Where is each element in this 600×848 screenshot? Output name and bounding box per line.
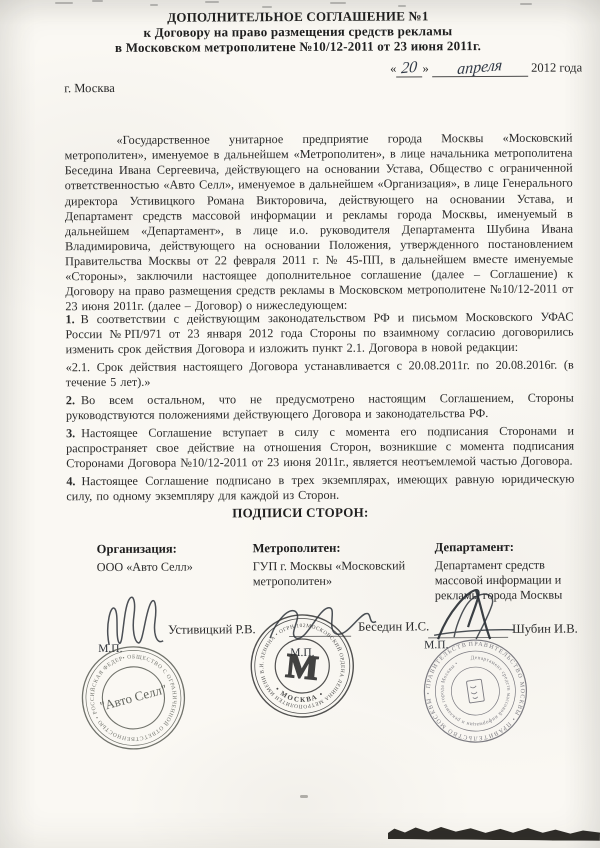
clause-4-number: 4. bbox=[66, 474, 81, 488]
clause-3-text: Настоящее Соглашение вступает в силу с м… bbox=[66, 424, 574, 471]
seal-ring-text-outer: ПРАВИТЕЛЬСТВО МОСКВЫ • ПРАВИТЕЛЬСТВО МОС… bbox=[413, 629, 531, 749]
clause-1-text: В соответствии с действующим законодател… bbox=[65, 310, 573, 357]
clause-1-number: 1. bbox=[65, 312, 80, 326]
document-content: ДОПОЛНИТЕЛЬНОЕ СОГЛАШЕНИЕ №1 к Договору … bbox=[0, 0, 600, 848]
party-role-label: Метрополитен: bbox=[253, 540, 431, 556]
preamble-paragraph: «Государственное унитарное предприятие г… bbox=[64, 131, 573, 315]
city-label: г. Москва bbox=[64, 81, 115, 96]
party-role-label: Организация: bbox=[97, 541, 247, 557]
scan-speck bbox=[300, 795, 308, 798]
clause-2-1: «2.1. Срок действия настоящего Договора … bbox=[66, 358, 574, 391]
clause-3: 3.Настоящее Соглашение вступает в силу с… bbox=[66, 424, 574, 472]
clause-2-text: Во всем остальном, что не предусмотрено … bbox=[66, 391, 574, 423]
document-title: ДОПОЛНИТЕЛЬНОЕ СОГЛАШЕНИЕ №1 к Договору … bbox=[0, 8, 598, 56]
party-role-label: Департамент: bbox=[435, 539, 591, 555]
clause-2: 2.Во всем остальном, что не предусмотрен… bbox=[66, 391, 574, 424]
clause-4: 4.Настоящее Соглашение подписано в трех … bbox=[66, 472, 574, 505]
avto-sell-seal-stamp: • ОБЩЕСТВО С ОГРАНИЧЕННОЙ ОТВЕТСТВЕННОСТ… bbox=[66, 630, 201, 765]
date-year-label: 2012 года bbox=[531, 61, 582, 75]
clause-2-1-text: «2.1. Срок действия настоящего Договора … bbox=[66, 358, 574, 390]
svg-text:Департамент средств массовой и: Департамент средств массовой информации … bbox=[435, 650, 517, 732]
clause-1: 1.В соответствии с действующим законодат… bbox=[65, 310, 573, 358]
clause-3-number: 3. bbox=[66, 426, 81, 440]
coat-of-arms-emblem bbox=[466, 679, 484, 703]
title-line-3: в Московском метрополитене №10/12-2011 о… bbox=[0, 38, 598, 56]
signer-name-ustivitsky: Устивицкий Р.В. bbox=[168, 622, 256, 637]
date-close-quote: » bbox=[422, 61, 428, 75]
date-day-handwritten: 20 bbox=[401, 61, 418, 77]
party-org-name: ООО «Авто Селл» bbox=[97, 559, 247, 575]
scanned-document-page: ДОПОЛНИТЕЛЬНОЕ СОГЛАШЕНИЕ №1 к Договору … bbox=[0, 0, 600, 848]
metro-seal-stamp: МОСКОВСКИЙ ОРДЕНА ЛЕНИНА МЕТРОПОЛИТЕН ИМ… bbox=[242, 606, 362, 726]
party-org-name: ГУП г. Москвы «Московский метрополитен» bbox=[253, 558, 431, 589]
seal-ring-text-inner: Департамент средств массовой информации … bbox=[435, 650, 517, 732]
clauses-section: 1.В соответствии с действующим законодат… bbox=[65, 310, 574, 508]
signatures-heading: ПОДПИСИ СТОРОН: bbox=[0, 503, 600, 522]
date-line: «20» апреля 2012 года bbox=[390, 60, 590, 77]
date-month-handwritten: апреля bbox=[457, 59, 503, 77]
metro-m-logo: М bbox=[284, 647, 320, 687]
department-seal-stamp: ПРАВИТЕЛЬСТВО МОСКВЫ • ПРАВИТЕЛЬСТВО МОС… bbox=[413, 629, 538, 754]
clause-4-text: Настоящее Соглашение подписано в трех эк… bbox=[66, 472, 574, 504]
party-column-metro: Метрополитен: ГУП г. Москвы «Московский … bbox=[253, 540, 431, 589]
party-column-organization: Организация: ООО «Авто Селл» bbox=[97, 541, 247, 575]
seal-center-text: "Авто Селл" bbox=[98, 681, 168, 714]
clause-2-number: 2. bbox=[66, 393, 81, 407]
svg-text:ПРАВИТЕЛЬСТВО МОСКВЫ • ПРАВИТЕ: ПРАВИТЕЛЬСТВО МОСКВЫ • ПРАВИТЕЛЬСТВО МОС… bbox=[413, 629, 531, 749]
